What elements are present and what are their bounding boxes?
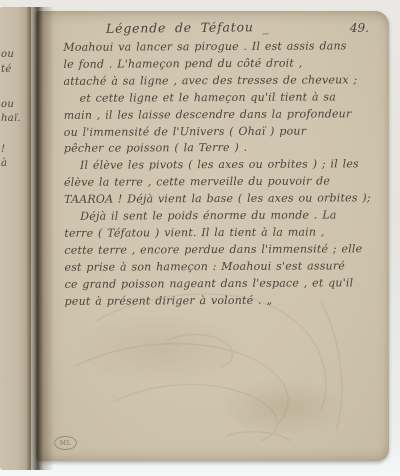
manuscript-line: Moahoui va lancer sa pirogue . Il est as… bbox=[63, 38, 380, 57]
manuscript-line: ce grand poisson nageant dans l'espace ,… bbox=[65, 275, 382, 294]
manuscript-line: cette terre , encore perdue dans l'immen… bbox=[64, 241, 381, 260]
manuscript-line: et cette ligne et le hameçon qu'il tient… bbox=[64, 89, 381, 108]
manuscript-line: ou l'immensité de l'Univers ( Ohaï ) pou… bbox=[64, 123, 381, 142]
manuscript-line: Il élève les pivots ( les axes ou orbite… bbox=[64, 157, 381, 176]
handwriting-fragment: ou bbox=[1, 49, 14, 60]
manuscript-line: élève la terre , cette merveille du pouv… bbox=[64, 173, 381, 192]
manuscript-line: peut à présent diriger à volonté . „ bbox=[65, 292, 382, 311]
handwriting-fragment: ! bbox=[1, 144, 5, 155]
manuscript-line: le fond . L'hameçon pend du côté droit , bbox=[63, 55, 380, 74]
handwriting-fragment: ou bbox=[1, 99, 14, 110]
manuscript-line: TAAROA ! Déjà vient la base ( les axes o… bbox=[64, 190, 381, 209]
handwriting-fragment: haï. bbox=[1, 113, 21, 124]
manuscript-page: Légende de Téfatou _ 49. Moahoui va lanc… bbox=[36, 11, 389, 461]
handwriting-fragment: té bbox=[1, 64, 12, 75]
handwriting-fragment: à bbox=[1, 158, 7, 169]
scanned-notebook: outéouhaï.!à Légende de Téfatou _ 49. Mo… bbox=[0, 0, 400, 476]
facing-page-edge: outéouhaï.!à bbox=[0, 7, 31, 470]
manuscript-line: Déjà il sent le poids énorme du monde . … bbox=[64, 207, 381, 226]
collection-stamp: ML bbox=[54, 436, 77, 450]
manuscript-text: Moahoui va lancer sa pirogue . Il est as… bbox=[63, 38, 381, 310]
manuscript-line: pêcher ce poisson ( la Terre ) . bbox=[64, 140, 381, 159]
manuscript-line: terre ( Téfatou ) vient. Il la tient à l… bbox=[64, 224, 381, 243]
page-number: 49. bbox=[350, 21, 369, 35]
manuscript-line: attaché à sa ligne , avec des tresses de… bbox=[63, 72, 380, 91]
page-title: Légende de Téfatou _ bbox=[106, 19, 270, 36]
manuscript-line: est prise à son hameçon : Moahoui s'est … bbox=[64, 258, 381, 277]
manuscript-line: main , il les laisse descendre dans la p… bbox=[64, 106, 381, 125]
